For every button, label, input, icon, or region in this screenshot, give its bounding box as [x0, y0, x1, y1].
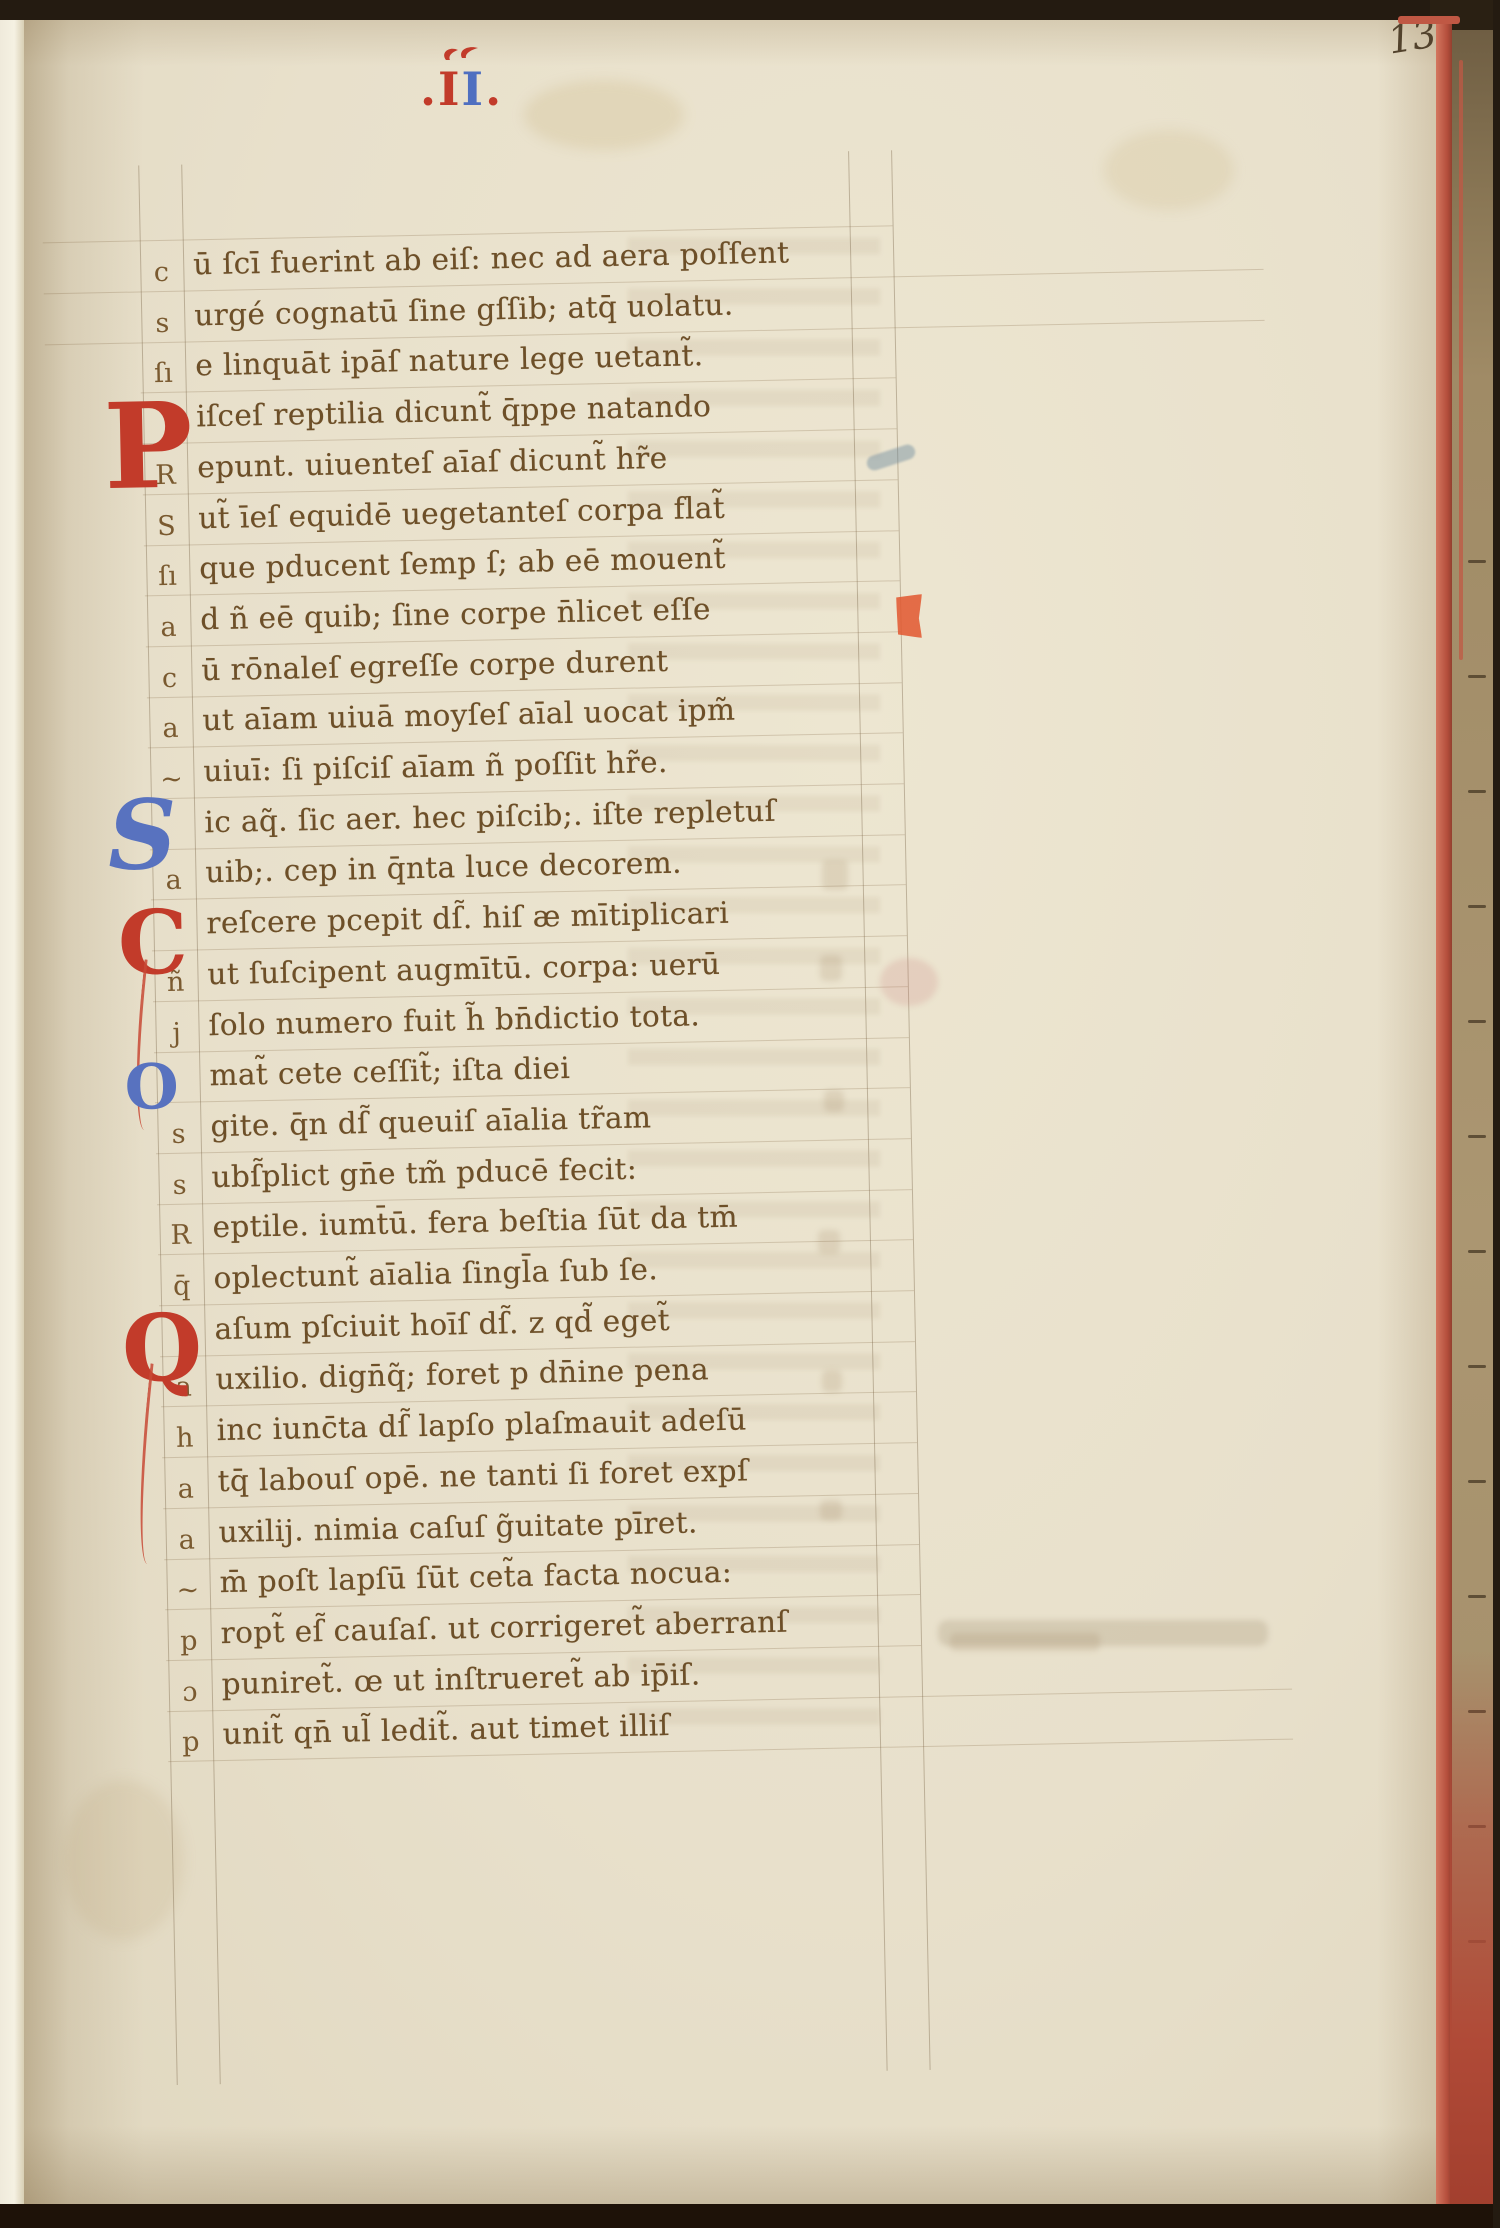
- verse-line: e linquāt ipāſ nature lege uetant̃.: [195, 342, 704, 382]
- margin-guide-letter: ſı: [144, 563, 191, 591]
- parchment-stain: [524, 80, 684, 150]
- manuscript-photo: . I I . 13. cū ſcī fuerint ab eiſ: nec a…: [0, 0, 1500, 2228]
- verse-line: aſum pſciuit hoīſ dſ̃. z qd̃ eget̃: [214, 1306, 670, 1345]
- margin-guide-letter: R: [157, 1222, 204, 1250]
- verse-line: iſceſ reptilia dicunt̃ q̄ppe natando: [196, 392, 712, 432]
- verse-line: que pducent ſemp ſ; ab eē mouent̃: [199, 544, 726, 584]
- verse-line: uib;. cep in q̄nta luce decorem.: [205, 849, 682, 888]
- verse-line: uxilio. dign̄q̃; foret p dn̄ine pena: [215, 1356, 709, 1395]
- verse-line: ſolo numero fuit h̃ bn̄dictio tota.: [208, 1001, 700, 1040]
- decorated-initial-p: P: [103, 387, 194, 507]
- heading-numeral-red: I: [438, 62, 462, 116]
- margin-guide-letter: p: [168, 1729, 215, 1757]
- quire-tick: [1468, 675, 1486, 678]
- quire-tick: [1468, 905, 1486, 908]
- verse-line: uxilij. nimia caſuſ g̃uitate pīret.: [218, 1508, 698, 1547]
- margin-guide-letter: s: [139, 309, 186, 337]
- quire-tick: [1468, 1135, 1486, 1138]
- verse-line: ū ſcī fuerint ab eiſ: nec ad aera poſſen…: [193, 238, 790, 279]
- verse-line: m̄ poſt lapſū ſūt cet̃a facta nocua:: [219, 1558, 732, 1598]
- red-page-edge-line: [1459, 60, 1463, 660]
- margin-guide-letter: p: [166, 1627, 213, 1655]
- verse-line: ut ſuſcipent augmītū. corpa: uerū: [207, 950, 721, 990]
- margin-guide-letter: S: [143, 512, 190, 540]
- margin-guide-letter: ~: [165, 1576, 212, 1604]
- verse-line: urgé cognatū ſine gſſib; atq̄ uolatu.: [194, 290, 734, 330]
- margin-guide-letter: ɔ: [167, 1678, 214, 1706]
- chapter-heading: . I I .: [420, 62, 503, 116]
- verse-line: gite. q̄n dſ̃ queuiſ aīalia tr̃am: [210, 1103, 651, 1141]
- verse-line: inc iunc̄ta dſ̃ lapſo plaſmauit adeſū: [216, 1406, 747, 1446]
- parchment-crease: [64, 1780, 184, 1940]
- verse-line: tq̄ labouſ opē. ne tanti ſi foret expſ: [217, 1456, 748, 1496]
- margin-guide-letter: a: [147, 715, 194, 743]
- margin-guide-letter: a: [145, 613, 192, 641]
- orange-pigment-mark: [896, 594, 922, 638]
- heading-dot-left: .: [420, 62, 438, 116]
- margin-guide-letter: a: [164, 1526, 211, 1554]
- photo-background-bottom: [0, 2204, 1500, 2228]
- quire-tick: [1468, 1365, 1486, 1368]
- flyleaf-edge: [0, 20, 24, 2206]
- text-block: cū ſcī fuerint ab eiſ: nec ad aera poſſe…: [137, 171, 1300, 1853]
- heading-numeral-blue: I: [462, 62, 486, 116]
- quire-tick: [1468, 1020, 1486, 1023]
- margin-guide-letter: c: [146, 664, 193, 692]
- verse-line: mat̃ cete ceſſit̃; iſta diei: [209, 1054, 570, 1091]
- verse-line: ic aq̃. ſic aer. hec piſcib;. iſte reple…: [204, 796, 776, 837]
- quire-tick: [1468, 1480, 1486, 1483]
- column-rule-right-outer: [891, 150, 931, 2070]
- margin-guide-letter: s: [155, 1120, 202, 1148]
- verse-line: puniret̃. œ ut inſtrueret̃ ab ip̄iſ.: [221, 1660, 700, 1699]
- quire-tick: [1468, 1595, 1486, 1598]
- verse-line: ut̃ īeſ equidē uegetanteſ corpa flat̃: [198, 493, 725, 533]
- verse-line: d ñ eē quib; ſine corpe n̄licet eſſe: [200, 595, 711, 635]
- red-fore-edge-bottom: [1450, 1650, 1494, 2210]
- decorated-initial-s: S: [107, 786, 178, 883]
- verse-line: ubſ̃plict gn̄e tm̃ pducē fecit:: [211, 1154, 637, 1192]
- margin-guide-letter: c: [138, 259, 185, 287]
- heading-dot-right: .: [485, 62, 503, 116]
- column-rule-right-inner: [848, 151, 888, 2071]
- photo-background-top: [0, 0, 1500, 22]
- pink-stain: [880, 958, 938, 1006]
- photo-background-right: [1493, 0, 1500, 2228]
- margin-guide-letter: a: [163, 1475, 210, 1503]
- quire-tick: [1468, 1250, 1486, 1253]
- red-top-edge-line: [1398, 16, 1460, 24]
- verse-line: ropt̃ eſ̃ cauſaſ. ut corrigeret̃ aberran…: [220, 1608, 788, 1649]
- verse-line: uiuī: ſi piſciſ aīam ñ poſſit hr̃e.: [203, 748, 668, 787]
- verse-line: epunt. uiuenteſ aīaſ dicunt̃ hr̃e: [197, 444, 668, 483]
- verse-line: eptile. iumt̄ū. fera beſtia ſūt da tm̄: [212, 1203, 738, 1243]
- margin-guide-letter: s: [156, 1171, 203, 1199]
- verse-line: oplectunt̃ aīalia ſingl̄a ſub ſe.: [213, 1255, 658, 1293]
- verse-line: ut aīam uiuā moyſeſ aīal uocat ipm̃: [202, 696, 736, 736]
- verse-line: unit̃ qn̄ ul̃ ledit̃. aut timet illiſ: [222, 1711, 670, 1749]
- verse-line: ū rōnaleſ egreſſe corpe durent: [201, 646, 668, 685]
- quire-tick: [1468, 790, 1486, 793]
- verse-line: reſcere pcepit dſ̃. hiſ æ mītiplicari: [206, 899, 729, 939]
- quire-tick: [1468, 560, 1486, 563]
- decorated-initial-o: O: [124, 1056, 179, 1119]
